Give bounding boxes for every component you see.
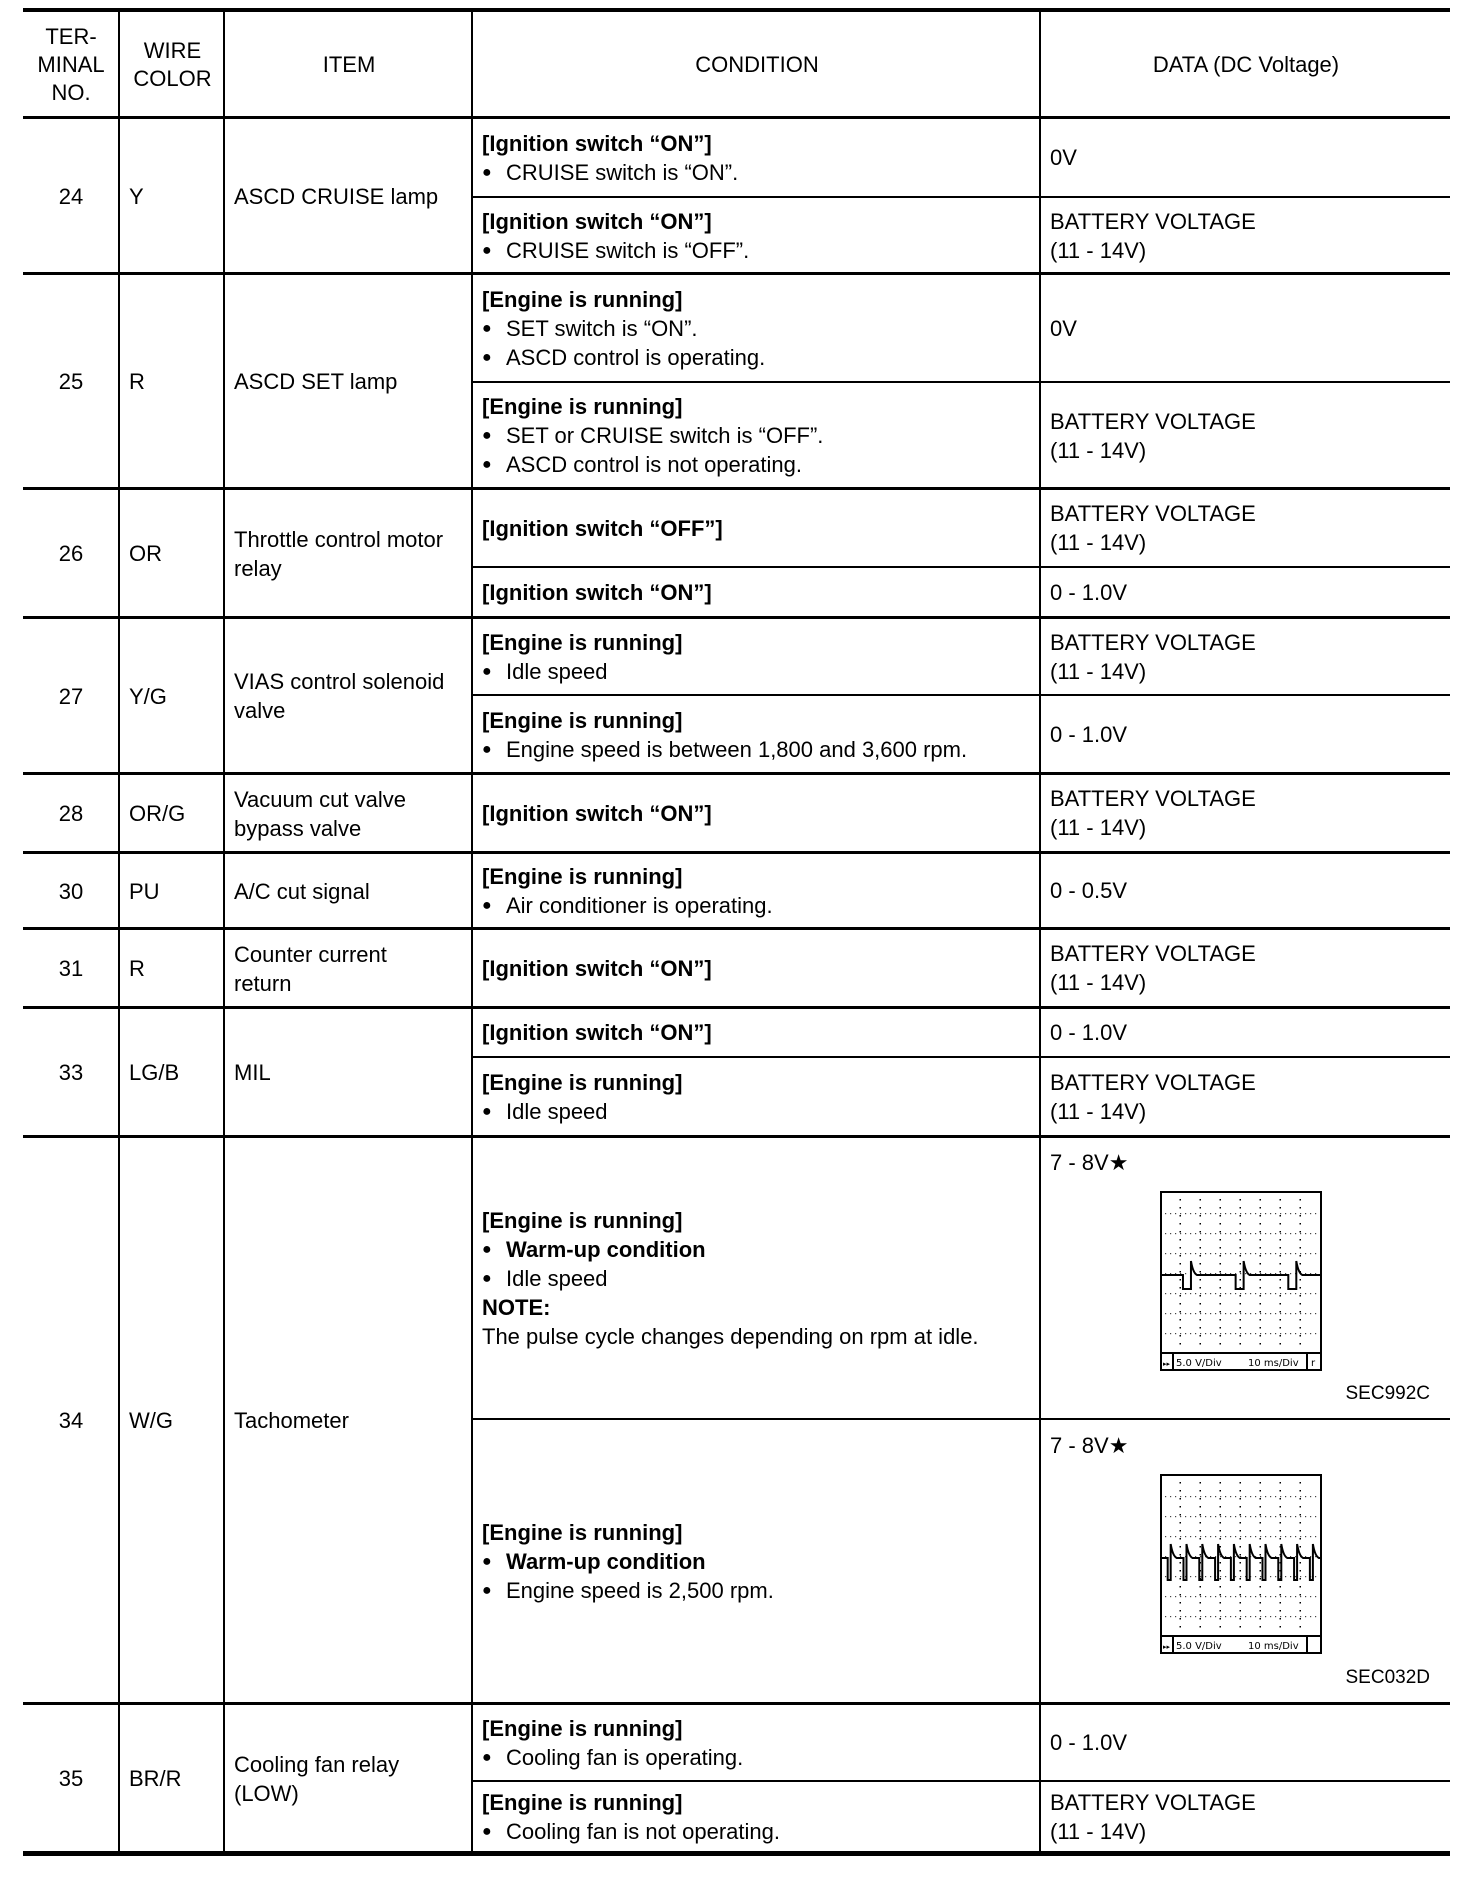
condition-heading: [Engine is running] xyxy=(482,1518,1034,1547)
data-value-cell: 0 - 1.0V xyxy=(1041,1705,1450,1780)
table-top-border xyxy=(23,8,1450,12)
condition-cell: [Ignition switch “ON”]●CRUISE switch is … xyxy=(473,119,1040,196)
wire-color: OR/G xyxy=(120,775,224,852)
bullet-icon: ● xyxy=(482,236,506,265)
data-value-line: 0 - 1.0V xyxy=(1050,1018,1444,1047)
condition-heading: [Engine is running] xyxy=(482,628,1034,657)
condition-bullet-text: Cooling fan is operating. xyxy=(506,1743,743,1772)
wire-color-text: OR/G xyxy=(129,799,218,828)
item-name-line: (LOW) xyxy=(234,1779,466,1808)
terminal-number: 24 xyxy=(23,119,119,273)
data-value-line: (11 - 14V) xyxy=(1050,968,1444,997)
condition-bullet: ●SET switch is “ON”. xyxy=(482,314,1034,343)
data-value-line: (11 - 14V) xyxy=(1050,1817,1444,1846)
note-text: The pulse cycle changes depending on rpm… xyxy=(482,1322,1034,1351)
item-name: ASCD CRUISE lamp xyxy=(225,119,472,273)
data-value-line: BATTERY VOLTAGE xyxy=(1050,407,1444,436)
header-item: ITEM xyxy=(226,12,472,117)
condition-bullet: ●Idle speed xyxy=(482,1097,1034,1126)
wire-color-text: BR/R xyxy=(129,1764,218,1793)
oscilloscope-waveform: ▸▸5.0 V/Div10 ms/Divr xyxy=(1160,1191,1322,1371)
data-value-cell: 7 - 8V★▸▸5.0 V/Div10 ms/DivSEC032D xyxy=(1041,1421,1450,1702)
bullet-icon: ● xyxy=(482,657,506,686)
data-value-cell: BATTERY VOLTAGE(11 - 14V) xyxy=(1041,1059,1450,1135)
condition-heading: [Engine is running] xyxy=(482,392,1034,421)
item-name-line: ASCD CRUISE lamp xyxy=(234,182,466,211)
terminal-number: 31 xyxy=(23,930,119,1007)
data-value-line: BATTERY VOLTAGE xyxy=(1050,1068,1444,1097)
data-value-cell: 0 - 1.0V xyxy=(1041,697,1450,772)
sub-row-separator xyxy=(472,566,1450,568)
condition-heading: [Engine is running] xyxy=(482,285,1034,314)
header-data: DATA (DC Voltage) xyxy=(1042,12,1450,117)
data-value-line: 0 - 1.0V xyxy=(1050,1728,1444,1757)
data-value-line: BATTERY VOLTAGE xyxy=(1050,628,1444,657)
condition-cell: [Ignition switch “ON”] xyxy=(473,1009,1040,1056)
condition-bullet: ●CRUISE switch is “OFF”. xyxy=(482,236,1034,265)
condition-bullet: ●Cooling fan is not operating. xyxy=(482,1817,1034,1846)
terminal-number-text: 33 xyxy=(59,1058,83,1087)
data-value-cell: 0V xyxy=(1041,119,1450,196)
condition-cell: [Engine is running]●Warm-up condition●En… xyxy=(473,1421,1040,1702)
wire-color: OR xyxy=(120,490,224,617)
header-wire-line2: COLOR xyxy=(133,65,211,93)
terminal-number: 26 xyxy=(23,490,119,617)
wire-color-text: Y xyxy=(129,182,218,211)
condition-cell: [Ignition switch “ON”] xyxy=(473,930,1040,1006)
header-wire-line1: WIRE xyxy=(144,37,201,65)
terminal-number-text: 31 xyxy=(59,954,83,983)
svg-text:10 ms/Div: 10 ms/Div xyxy=(1248,1358,1299,1369)
data-value-cell: 0 - 1.0V xyxy=(1041,1009,1450,1056)
terminal-number-text: 27 xyxy=(59,682,83,711)
wire-color-text: R xyxy=(129,954,218,983)
condition-bullet: ●Warm-up condition xyxy=(482,1547,1034,1576)
item-name-line: Cooling fan relay xyxy=(234,1750,466,1779)
condition-bullet: ●Engine speed is 2,500 rpm. xyxy=(482,1576,1034,1605)
item-name: Vacuum cut valvebypass valve xyxy=(225,775,472,852)
item-name-line: Throttle control motor xyxy=(234,525,466,554)
header-wire-color: WIRE COLOR xyxy=(121,12,224,117)
item-name-line: Vacuum cut valve xyxy=(234,785,466,814)
data-value-cell: BATTERY VOLTAGE(11 - 14V) xyxy=(1041,619,1450,694)
condition-bullet: ●ASCD control is operating. xyxy=(482,343,1034,372)
bullet-icon: ● xyxy=(482,1576,506,1605)
condition-bullet: ●Idle speed xyxy=(482,1264,1034,1293)
condition-heading: [Engine is running] xyxy=(482,862,1034,891)
wire-color-text: OR xyxy=(129,539,218,568)
wire-color-text: LG/B xyxy=(129,1058,218,1087)
item-name-line: Tachometer xyxy=(234,1406,466,1435)
terminal-number: 30 xyxy=(23,854,119,928)
wire-color: W/G xyxy=(120,1138,224,1703)
condition-bullet-text: SET switch is “ON”. xyxy=(506,314,698,343)
wire-color: Y/G xyxy=(120,619,224,773)
wire-color-text: PU xyxy=(129,877,218,906)
condition-bullet: ●ASCD control is not operating. xyxy=(482,450,1034,479)
condition-bullet-text: ASCD control is not operating. xyxy=(506,450,802,479)
data-value-line: 0 - 0.5V xyxy=(1050,876,1444,905)
condition-bullet-text: Idle speed xyxy=(506,1264,608,1293)
data-value-line: (11 - 14V) xyxy=(1050,657,1444,686)
bullet-icon: ● xyxy=(482,421,506,450)
header-terminal-line2: MINAL xyxy=(37,51,104,79)
condition-heading: [Ignition switch “ON”] xyxy=(482,799,1034,828)
condition-heading: [Engine is running] xyxy=(482,1788,1034,1817)
terminal-number: 35 xyxy=(23,1705,119,1852)
data-value-line: BATTERY VOLTAGE xyxy=(1050,1788,1444,1817)
condition-cell: [Engine is running]●Engine speed is betw… xyxy=(473,697,1040,772)
oscilloscope-figure: ▸▸5.0 V/Div10 ms/DivrSEC992C xyxy=(1050,1177,1444,1418)
data-value-line: BATTERY VOLTAGE xyxy=(1050,784,1444,813)
condition-heading: [Ignition switch “ON”] xyxy=(482,578,1034,607)
bullet-icon: ● xyxy=(482,1547,506,1576)
wire-color-text: Y/G xyxy=(129,682,218,711)
condition-bullet: ●Warm-up condition xyxy=(482,1235,1034,1264)
condition-bullet: ●Engine speed is between 1,800 and 3,600… xyxy=(482,735,1034,764)
item-name-line: relay xyxy=(234,554,466,583)
condition-cell: [Engine is running]●Warm-up condition●Id… xyxy=(473,1138,1040,1418)
data-value-cell: BATTERY VOLTAGE(11 - 14V) xyxy=(1041,1783,1450,1851)
bullet-icon: ● xyxy=(482,891,506,920)
sub-row-separator xyxy=(472,694,1450,696)
terminal-number: 33 xyxy=(23,1009,119,1136)
data-value-line: 7 - 8V★ xyxy=(1050,1148,1444,1177)
terminal-number: 34 xyxy=(23,1138,119,1703)
wire-color: Y xyxy=(120,119,224,273)
condition-bullet-text: Engine speed is between 1,800 and 3,600 … xyxy=(506,735,967,764)
condition-bullet-text: SET or CRUISE switch is “OFF”. xyxy=(506,421,823,450)
condition-cell: [Engine is running]●Idle speed xyxy=(473,1059,1040,1135)
condition-heading: [Engine is running] xyxy=(482,1714,1034,1743)
svg-text:5.0 V/Div: 5.0 V/Div xyxy=(1176,1641,1222,1652)
header-condition-label: CONDITION xyxy=(695,51,818,79)
wire-color-text: W/G xyxy=(129,1406,218,1435)
condition-cell: [Engine is running]●Cooling fan is opera… xyxy=(473,1705,1040,1780)
condition-cell: [Ignition switch “OFF”] xyxy=(473,490,1040,566)
data-value-line: 0 - 1.0V xyxy=(1050,578,1444,607)
bullet-icon: ● xyxy=(482,1235,506,1264)
svg-text:5.0 V/Div: 5.0 V/Div xyxy=(1176,1358,1222,1369)
wire-color-text: R xyxy=(129,367,218,396)
data-value-line: BATTERY VOLTAGE xyxy=(1050,939,1444,968)
terminal-number-text: 28 xyxy=(59,799,83,828)
terminal-number-text: 24 xyxy=(59,182,83,211)
condition-bullet: ●Cooling fan is operating. xyxy=(482,1743,1034,1772)
bullet-icon: ● xyxy=(482,343,506,372)
condition-bullet-text: Idle speed xyxy=(506,657,608,686)
condition-heading: [Engine is running] xyxy=(482,1206,1034,1235)
data-value-cell: 0 - 0.5V xyxy=(1041,854,1450,927)
wire-color: PU xyxy=(120,854,224,928)
condition-heading: [Ignition switch “OFF”] xyxy=(482,514,1034,543)
oscilloscope-waveform: ▸▸5.0 V/Div10 ms/Div xyxy=(1160,1474,1322,1654)
bullet-icon: ● xyxy=(482,1097,506,1126)
condition-bullet-text: CRUISE switch is “OFF”. xyxy=(506,236,749,265)
condition-bullet-text: Engine speed is 2,500 rpm. xyxy=(506,1576,774,1605)
condition-bullet-text: CRUISE switch is “ON”. xyxy=(506,158,738,187)
terminal-number-text: 35 xyxy=(59,1764,83,1793)
item-name: Tachometer xyxy=(225,1138,472,1703)
terminal-number-text: 25 xyxy=(59,367,83,396)
item-name-line: A/C cut signal xyxy=(234,877,466,906)
data-value-cell: BATTERY VOLTAGE(11 - 14V) xyxy=(1041,490,1450,566)
condition-cell: [Ignition switch “ON”] xyxy=(473,569,1040,616)
data-value-line: 7 - 8V★ xyxy=(1050,1431,1444,1460)
data-value-line: 0 - 1.0V xyxy=(1050,720,1444,749)
header-terminal-line1: TER- xyxy=(45,23,96,51)
data-value-cell: 7 - 8V★▸▸5.0 V/Div10 ms/DivrSEC992C xyxy=(1041,1138,1450,1418)
bullet-icon: ● xyxy=(482,1817,506,1846)
data-value-cell: 0V xyxy=(1041,275,1450,381)
header-terminal-line3: NO. xyxy=(51,79,90,107)
item-name: VIAS control solenoidvalve xyxy=(225,619,472,773)
condition-heading: [Ignition switch “ON”] xyxy=(482,129,1034,158)
condition-heading: [Engine is running] xyxy=(482,1068,1034,1097)
bullet-icon: ● xyxy=(482,158,506,187)
bullet-icon: ● xyxy=(482,314,506,343)
bullet-icon: ● xyxy=(482,1264,506,1293)
condition-cell: [Ignition switch “ON”] xyxy=(473,775,1040,851)
terminal-number: 28 xyxy=(23,775,119,852)
header-data-label: DATA (DC Voltage) xyxy=(1153,51,1339,79)
condition-cell: [Engine is running]●Idle speed xyxy=(473,619,1040,694)
sub-row-separator xyxy=(472,1418,1450,1420)
sub-row-separator xyxy=(472,1780,1450,1782)
condition-cell: [Engine is running]●Cooling fan is not o… xyxy=(473,1783,1040,1851)
wire-color: BR/R xyxy=(120,1705,224,1852)
data-value-line: 0V xyxy=(1050,314,1444,343)
svg-text:▸▸: ▸▸ xyxy=(1163,1360,1171,1368)
condition-heading: [Ignition switch “ON”] xyxy=(482,954,1034,983)
condition-cell: [Engine is running]●SET or CRUISE switch… xyxy=(473,384,1040,487)
condition-bullet-text: Cooling fan is not operating. xyxy=(506,1817,780,1846)
data-value-cell: BATTERY VOLTAGE(11 - 14V) xyxy=(1041,384,1450,487)
condition-cell: [Engine is running]●SET switch is “ON”.●… xyxy=(473,275,1040,381)
item-name: ASCD SET lamp xyxy=(225,275,472,488)
data-value-line: (11 - 14V) xyxy=(1050,436,1444,465)
terminal-number: 27 xyxy=(23,619,119,773)
item-name-line: valve xyxy=(234,696,466,725)
terminal-number: 25 xyxy=(23,275,119,488)
condition-heading: [Ignition switch “ON”] xyxy=(482,1018,1034,1047)
wire-color: R xyxy=(120,930,224,1007)
bullet-icon: ● xyxy=(482,450,506,479)
condition-heading: [Engine is running] xyxy=(482,706,1034,735)
data-value-cell: 0 - 1.0V xyxy=(1041,569,1450,616)
note-label: NOTE: xyxy=(482,1293,1034,1322)
data-value-line: BATTERY VOLTAGE xyxy=(1050,499,1444,528)
condition-bullet-text: Warm-up condition xyxy=(506,1547,706,1576)
condition-bullet: ●CRUISE switch is “ON”. xyxy=(482,158,1034,187)
header-condition: CONDITION xyxy=(474,12,1040,117)
figure-code: SEC032D xyxy=(1346,1663,1431,1692)
data-value-line: (11 - 14V) xyxy=(1050,813,1444,842)
sub-row-separator xyxy=(472,381,1450,383)
terminal-number-text: 30 xyxy=(59,877,83,906)
condition-bullet: ●SET or CRUISE switch is “OFF”. xyxy=(482,421,1034,450)
item-name: Throttle control motorrelay xyxy=(225,490,472,617)
oscilloscope-figure: ▸▸5.0 V/Div10 ms/DivSEC032D xyxy=(1050,1460,1444,1702)
data-value-cell: BATTERY VOLTAGE(11 - 14V) xyxy=(1041,199,1450,272)
data-value-line: BATTERY VOLTAGE xyxy=(1050,207,1444,236)
item-name: Cooling fan relay(LOW) xyxy=(225,1705,472,1852)
sub-row-separator xyxy=(472,1056,1450,1058)
header-item-label: ITEM xyxy=(323,51,376,79)
item-name-line: bypass valve xyxy=(234,814,466,843)
data-value-line: (11 - 14V) xyxy=(1050,236,1444,265)
condition-bullet: ●Idle speed xyxy=(482,657,1034,686)
condition-bullet-text: Idle speed xyxy=(506,1097,608,1126)
wire-color: R xyxy=(120,275,224,488)
condition-cell: [Ignition switch “ON”]●CRUISE switch is … xyxy=(473,199,1040,272)
item-name-line: return xyxy=(234,969,466,998)
terminal-number-text: 26 xyxy=(59,539,83,568)
data-value-line: (11 - 14V) xyxy=(1050,528,1444,557)
bullet-icon: ● xyxy=(482,735,506,764)
item-name: A/C cut signal xyxy=(225,854,472,928)
item-name-line: Counter current xyxy=(234,940,466,969)
item-name-line: VIAS control solenoid xyxy=(234,667,466,696)
wire-color: LG/B xyxy=(120,1009,224,1136)
header-terminal-no: TER- MINAL NO. xyxy=(23,12,119,117)
sub-row-separator xyxy=(472,196,1450,198)
bullet-icon: ● xyxy=(482,1743,506,1772)
data-value-cell: BATTERY VOLTAGE(11 - 14V) xyxy=(1041,775,1450,851)
svg-text:▸▸: ▸▸ xyxy=(1163,1643,1171,1651)
item-name: MIL xyxy=(225,1009,472,1136)
condition-bullet-text: Air conditioner is operating. xyxy=(506,891,773,920)
condition-bullet: ●Air conditioner is operating. xyxy=(482,891,1034,920)
condition-heading: [Ignition switch “ON”] xyxy=(482,207,1034,236)
item-name-line: ASCD SET lamp xyxy=(234,367,466,396)
data-value-cell: BATTERY VOLTAGE(11 - 14V) xyxy=(1041,930,1450,1006)
condition-cell: [Engine is running]●Air conditioner is o… xyxy=(473,854,1040,927)
figure-code: SEC992C xyxy=(1346,1379,1431,1408)
item-name-line: MIL xyxy=(234,1058,466,1087)
terminal-data-table: TER- MINAL NO. WIRE COLOR ITEM CONDITION… xyxy=(0,0,1472,1888)
condition-bullet-text: ASCD control is operating. xyxy=(506,343,765,372)
terminal-number-text: 34 xyxy=(59,1406,83,1435)
data-value-line: 0V xyxy=(1050,143,1444,172)
data-value-line: (11 - 14V) xyxy=(1050,1097,1444,1126)
item-name: Counter currentreturn xyxy=(225,930,472,1007)
condition-bullet-text: Warm-up condition xyxy=(506,1235,706,1264)
svg-text:10 ms/Div: 10 ms/Div xyxy=(1248,1641,1299,1652)
